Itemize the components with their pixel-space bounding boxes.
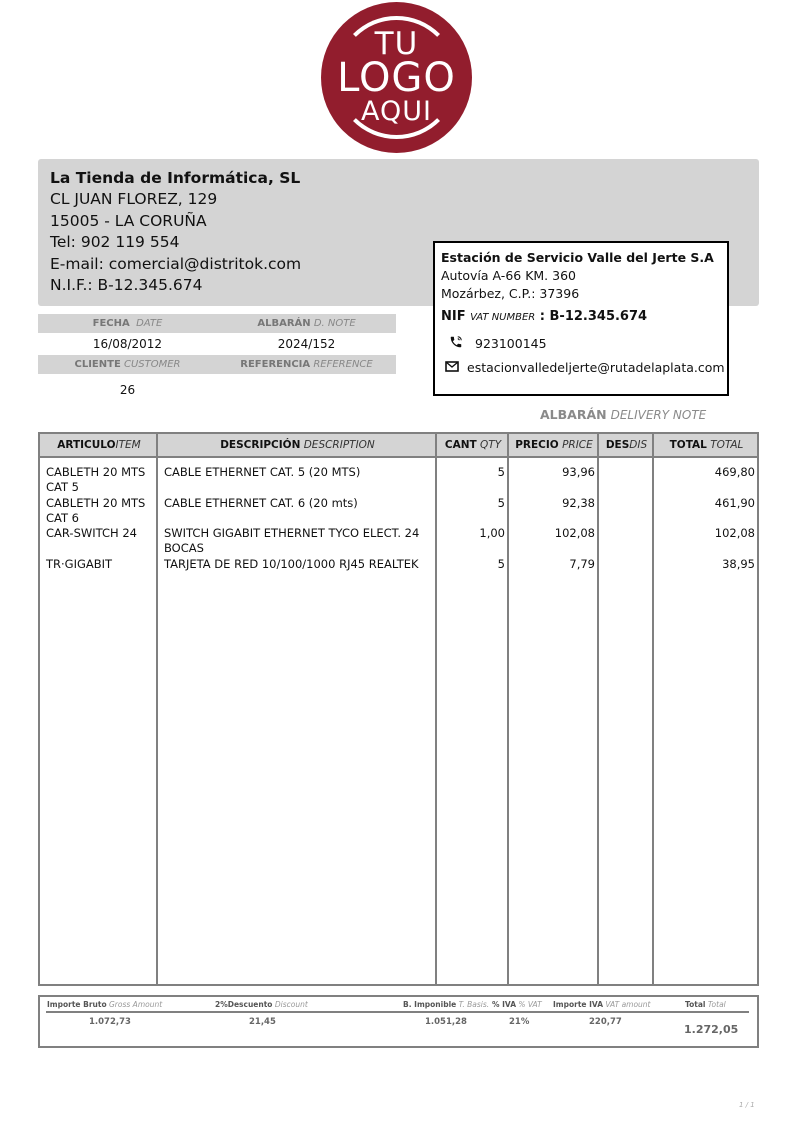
table-row: CAR-SWITCH 24SWITCH GIGABIT ETHERNET TYC… [40, 526, 757, 556]
cell-description: CABLE ETHERNET CAT. 5 (20 MTS) [164, 465, 434, 480]
header-price-sublabel: PRICE [562, 439, 593, 451]
customer-city: Mozárbez, C.P.: 37396 [441, 285, 721, 303]
totals-box: Importe Bruto Gross Amount 2%Descuento D… [38, 995, 759, 1048]
meta-labels-row-2: CLIENTE CUSTOMER REFERENCIA REFERENCE [38, 355, 396, 374]
cell-total: 469,80 [656, 465, 755, 480]
header-description: DESCRIPCIÓN DESCRIPTION [158, 434, 437, 456]
header-discount-sublabel: DIS [629, 439, 647, 451]
basis-label-text: B. Imponible [403, 1000, 456, 1009]
note-label: ALBARÁN D. NOTE [217, 314, 396, 333]
header-item-sublabel: ITEM [116, 439, 141, 451]
date-value: 16/08/2012 [38, 334, 217, 355]
total-label-text: Total [685, 1000, 706, 1009]
cell-qty: 5 [439, 557, 505, 572]
vat-amount-label: Importe IVA VAT amount [553, 999, 651, 1011]
customer-phone: 923100145 [475, 336, 547, 351]
page-number: 1 / 1 [739, 1101, 755, 1109]
discount-label-text: 2%Descuento [215, 1000, 272, 1009]
customer-nif-label: NIF [441, 309, 466, 324]
vat-pct-label: % IVA % VAT [492, 999, 542, 1011]
meta-labels-row-1: FECHA DATE ALBARÁN D. NOTE [38, 314, 396, 333]
basis-value: 1.051,28 [425, 1017, 467, 1027]
customer-phone-row: 923100145 [441, 335, 721, 352]
cell-description: SWITCH GIGABIT ETHERNET TYCO ELECT. 24 B… [164, 526, 434, 556]
header-qty-sublabel: QTY [480, 439, 501, 451]
reference-sublabel: REFERENCE [313, 359, 372, 370]
reference-value [217, 380, 396, 401]
header-item-label: ARTICULO [57, 439, 115, 451]
cell-price: 7,79 [511, 557, 595, 572]
vat-pct-sublabel: % VAT [518, 1000, 541, 1009]
cell-description: TARJETA DE RED 10/100/1000 RJ45 REALTEK [164, 557, 434, 572]
header-description-label: DESCRIPCIÓN [220, 439, 300, 451]
customer-label-text: CLIENTE [74, 359, 120, 370]
reference-label-text: REFERENCIA [240, 359, 310, 370]
vat-amount-label-text: Importe IVA [553, 1000, 603, 1009]
company-nif: N.I.F.: B-12.345.674 [50, 275, 301, 296]
vat-pct-value: 21% [509, 1017, 529, 1027]
phone-icon [445, 335, 467, 352]
document-type-sublabel: DELIVERY NOTE [611, 408, 707, 422]
company-phone: Tel: 902 119 554 [50, 232, 301, 253]
total-sublabel: Total [708, 1000, 726, 1009]
table-row: CABLETH 20 MTS CAT 5CABLE ETHERNET CAT. … [40, 465, 757, 495]
logo-line-2: LOGO [321, 55, 472, 101]
company-name: La Tienda de Informática, SL [50, 168, 301, 189]
header-price-label: PRECIO [515, 439, 559, 451]
totals-divider [46, 1011, 749, 1013]
basis-label: B. Imponible T. Basis. [403, 999, 489, 1011]
date-label-text: FECHA [93, 318, 130, 329]
customer-nif-value: : B-12.345.674 [540, 309, 647, 324]
discount-value: 21,45 [249, 1017, 276, 1027]
total-label: Total Total [685, 999, 726, 1011]
company-logo: TU LOGO AQUI [321, 2, 472, 153]
header-discount-label: DES [606, 439, 629, 451]
cell-total: 461,90 [656, 496, 755, 511]
company-email: E-mail: comercial@distritok.com [50, 254, 301, 275]
customer-nif-sublabel: VAT NUMBER [470, 312, 535, 323]
customer-box: Estación de Servicio Valle del Jerte S.A… [433, 241, 729, 396]
customer-email-row: estacionvalledeljerte@rutadelaplata.com [441, 360, 721, 375]
customer-value: 26 [38, 380, 217, 401]
table-row: CABLETH 20 MTS CAT 6CABLE ETHERNET CAT. … [40, 496, 757, 526]
cell-item: CABLETH 20 MTS CAT 5 [46, 465, 154, 495]
customer-label: CLIENTE CUSTOMER [38, 355, 217, 374]
cell-qty: 5 [439, 496, 505, 511]
vat-amount-value: 220,77 [589, 1017, 622, 1027]
header-item: ARTICULOITEM [40, 434, 158, 456]
envelope-icon [445, 360, 459, 375]
basis-sublabel: T. Basis. [459, 1000, 489, 1009]
header-qty-label: CANT [445, 439, 477, 451]
table-row: TR·GIGABITTARJETA DE RED 10/100/1000 RJ4… [40, 557, 757, 587]
header-total: TOTAL TOTAL [654, 434, 759, 456]
items-table: ARTICULOITEM DESCRIPCIÓN DESCRIPTION CAN… [38, 432, 759, 986]
discount-label: 2%Descuento Discount [215, 999, 308, 1011]
gross-value: 1.072,73 [89, 1017, 131, 1027]
document-type-label: ALBARÁN [540, 407, 607, 422]
note-sublabel: D. NOTE [314, 318, 356, 329]
company-info: La Tienda de Informática, SL CL JUAN FLO… [50, 168, 301, 296]
gross-label: Importe Bruto Gross Amount [47, 999, 162, 1011]
customer-sublabel: CUSTOMER [124, 359, 181, 370]
document-type: ALBARÁN DELIVERY NOTE [540, 407, 706, 422]
header-discount: DESDIS [599, 434, 654, 456]
customer-email: estacionvalledeljerte@rutadelaplata.com [467, 360, 725, 375]
gross-sublabel: Gross Amount [109, 1000, 162, 1009]
cell-price: 102,08 [511, 526, 595, 541]
cell-total: 38,95 [656, 557, 755, 572]
gross-label-text: Importe Bruto [47, 1000, 107, 1009]
header-description-sublabel: DESCRIPTION [304, 439, 375, 451]
company-city: 15005 - LA CORUÑA [50, 211, 301, 232]
total-value: 1.272,05 [684, 1023, 738, 1036]
date-sublabel: DATE [136, 318, 162, 329]
header-total-sublabel: TOTAL [710, 439, 743, 451]
cell-item: CAR-SWITCH 24 [46, 526, 154, 541]
cell-price: 92,38 [511, 496, 595, 511]
cell-qty: 1,00 [439, 526, 505, 541]
header-qty: CANT QTY [437, 434, 509, 456]
header-price: PRECIO PRICE [509, 434, 599, 456]
vat-pct-label-text: % IVA [492, 1000, 516, 1009]
logo-line-3: AQUI [321, 96, 472, 127]
cell-price: 93,96 [511, 465, 595, 480]
note-label-text: ALBARÁN [257, 318, 310, 329]
meta-values-row-1: 16/08/2012 2024/152 [38, 334, 396, 355]
cell-total: 102,08 [656, 526, 755, 541]
meta-values-row-2: 26 [38, 380, 396, 401]
cell-item: TR·GIGABIT [46, 557, 154, 572]
header-total-label: TOTAL [670, 439, 707, 451]
note-value: 2024/152 [217, 334, 396, 355]
cell-description: CABLE ETHERNET CAT. 6 (20 mts) [164, 496, 434, 511]
company-address: CL JUAN FLOREZ, 129 [50, 189, 301, 210]
customer-nif: NIF VAT NUMBER : B-12.345.674 [441, 308, 721, 327]
cell-item: CABLETH 20 MTS CAT 6 [46, 496, 154, 526]
vat-amount-sublabel: VAT amount [605, 1000, 650, 1009]
customer-address: Autovía A-66 KM. 360 [441, 267, 721, 285]
date-label: FECHA DATE [38, 314, 217, 333]
cell-qty: 5 [439, 465, 505, 480]
customer-name: Estación de Servicio Valle del Jerte S.A [441, 249, 721, 267]
reference-label: REFERENCIA REFERENCE [217, 355, 396, 374]
discount-sublabel: Discount [275, 1000, 308, 1009]
